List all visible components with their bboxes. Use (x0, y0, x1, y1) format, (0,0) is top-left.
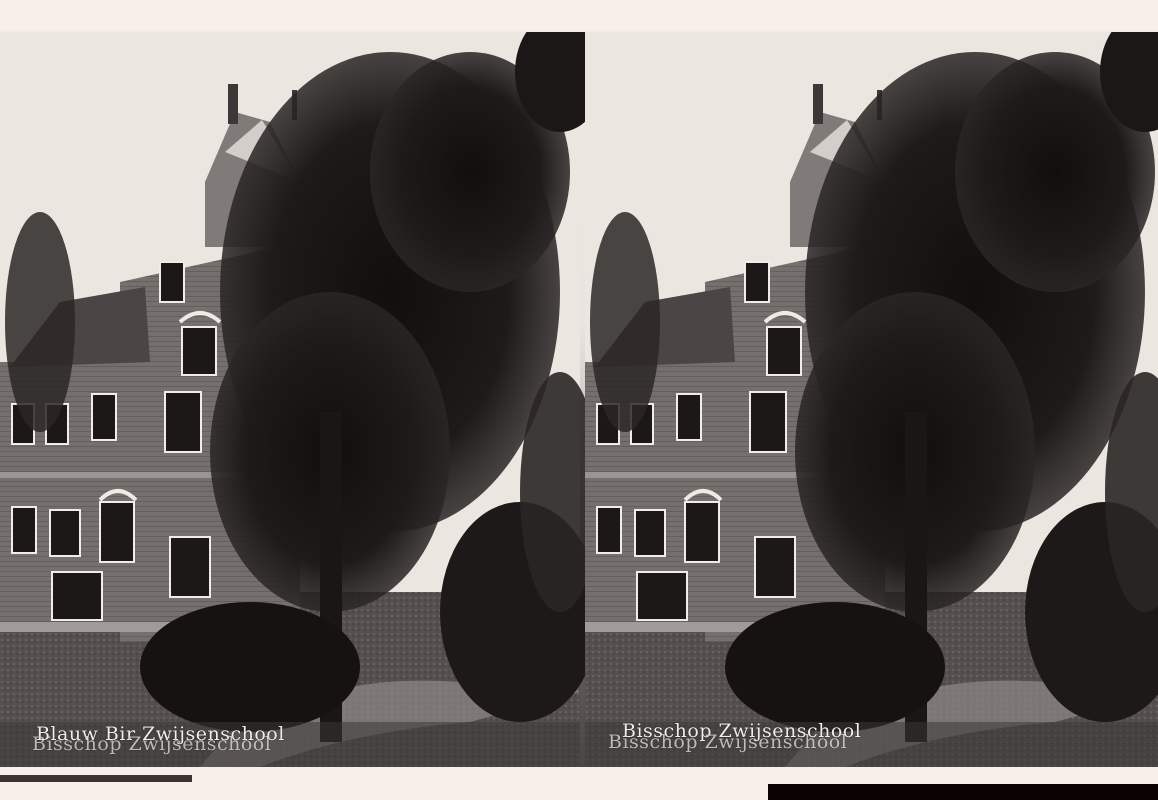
stereo-scene (0, 32, 1158, 767)
postcard-photo (0, 32, 1158, 767)
film-edge-strip (0, 775, 192, 782)
caption-left-line2: Bisschop Zwijsenschool (32, 733, 271, 755)
caption-right-line2: Bisschop Zwijsenschool (608, 731, 847, 753)
dark-border-bar (768, 784, 1158, 800)
